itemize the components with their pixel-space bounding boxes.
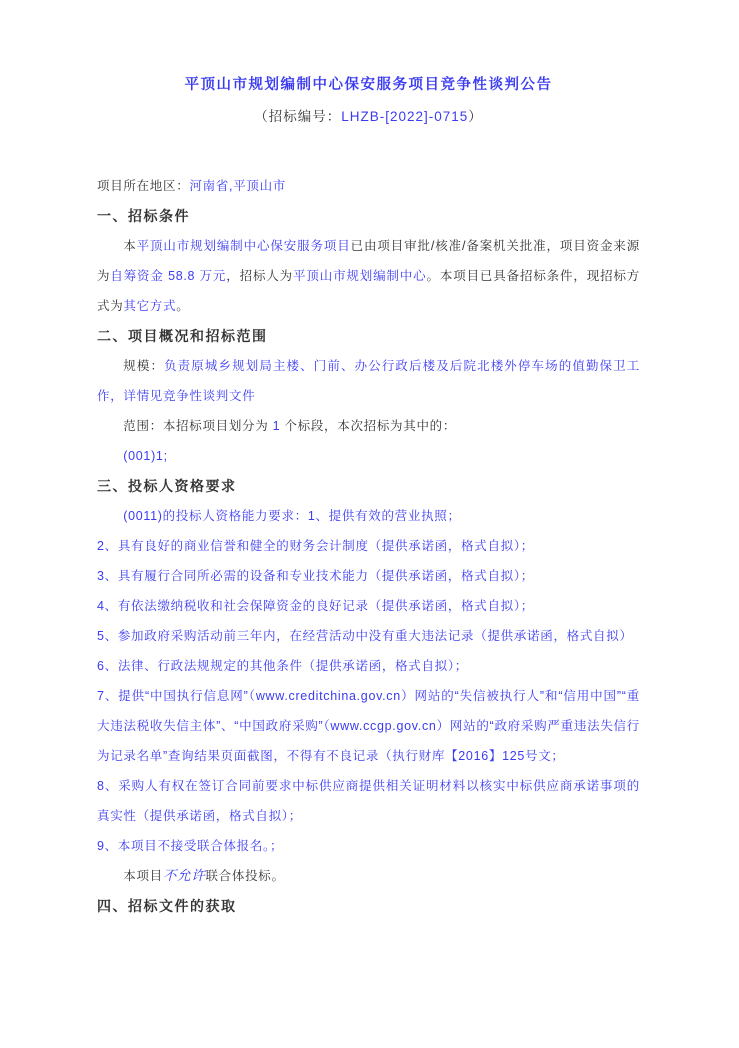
- text-run: 个标段，本次招标为其中的：: [280, 419, 456, 433]
- text-run: 联合体投标。: [205, 869, 284, 883]
- document-page: 平顶山市规划编制中心保安服务项目竞争性谈判公告 （招标编号：LHZB-[2022…: [0, 0, 739, 1048]
- text-run: 本项目: [123, 869, 163, 883]
- paragraph: 6、法律、行政法规规定的其他条件（提供承诺函，格式自拟）；: [97, 651, 640, 681]
- section-heading: 三、投标人资格要求: [97, 471, 640, 501]
- section-heading: 四、招标文件的获取: [97, 891, 640, 921]
- text-run: （招标编号：: [254, 109, 341, 124]
- paragraph: 4、有依法缴纳税收和社会保障资金的良好记录（提供承诺函，格式自拟）；: [97, 591, 640, 621]
- text-run: 6、法律、行政法规规定的其他条件（提供承诺函，格式自拟）；: [97, 659, 468, 673]
- doc-subtitle: （招标编号：LHZB-[2022]-0715）: [97, 107, 640, 127]
- text-run: 2、具有良好的商业信誉和健全的财务会计制度（提供承诺函，格式自拟）；: [97, 539, 534, 553]
- text-run: ）: [468, 109, 483, 124]
- text-run: 5、参加政府采购活动前三年内，在经营活动中没有重大违法记录（提供承诺函，格式自拟…: [97, 629, 633, 643]
- paragraph: 规模：负责原城乡规划局主楼、门前、办公行政后楼及后院北楼外停车场的值勤保卫工作，…: [97, 351, 640, 411]
- text-run: 本: [123, 239, 136, 253]
- text-run: 平顶山市规划编制中心: [293, 269, 427, 283]
- text-run: LHZB-[2022]-0715: [341, 109, 468, 124]
- text-run: 7、提供“中国执行信息网”（www.creditchina.gov.cn）网站的…: [97, 689, 640, 763]
- paragraph: 范围：本招标项目划分为 1 个标段，本次招标为其中的：: [97, 411, 640, 441]
- paragraph: 5、参加政府采购活动前三年内，在经营活动中没有重大违法记录（提供承诺函，格式自拟…: [97, 621, 640, 651]
- paragraph: 项目所在地区：河南省,平顶山市: [97, 171, 640, 201]
- paragraph: 3、具有履行合同所必需的设备和专业技术能力（提供承诺函，格式自拟）；: [97, 561, 640, 591]
- paragraph: (001)1;: [97, 441, 640, 471]
- section-heading: 二、项目概况和招标范围: [97, 321, 640, 351]
- text-run: 。: [176, 299, 189, 313]
- text-run: 项目所在地区：: [97, 179, 189, 193]
- text-run: 四、招标文件的获取: [97, 898, 237, 914]
- text-run: 不允许: [163, 868, 206, 883]
- paragraph: 9、本项目不接受联合体报名。；: [97, 831, 640, 861]
- paragraph: 7、提供“中国执行信息网”（www.creditchina.gov.cn）网站的…: [97, 681, 640, 771]
- text-run: (0011)的投标人资格能力要求：1、提供有效的营业执照；: [123, 509, 460, 523]
- document-content: 平顶山市规划编制中心保安服务项目竞争性谈判公告 （招标编号：LHZB-[2022…: [0, 0, 739, 921]
- text-run: 三、投标人资格要求: [97, 478, 237, 494]
- text-run: 9、本项目不接受联合体报名。；: [97, 839, 283, 853]
- text-run: 范围：本招标项目划分为: [123, 419, 272, 433]
- text-run: 一、招标条件: [97, 208, 190, 224]
- section-heading: 一、招标条件: [97, 201, 640, 231]
- text-run: 3、具有履行合同所必需的设备和专业技术能力（提供承诺函，格式自拟）；: [97, 569, 534, 583]
- document-blocks: 项目所在地区：河南省,平顶山市一、招标条件本平顶山市规划编制中心保安服务项目已由…: [97, 171, 640, 921]
- paragraph: 本平顶山市规划编制中心保安服务项目已由项目审批/核准/备案机关批准，项目资金来源…: [97, 231, 640, 321]
- text-run: 二、项目概况和招标范围: [97, 328, 268, 344]
- paragraph: 8、采购人有权在签订合同前要求中标供应商提供相关证明材料以核实中标供应商承诺事项…: [97, 771, 640, 831]
- text-run: ，招标人为: [226, 269, 293, 283]
- text-run: 规模：: [123, 359, 164, 373]
- text-run: 8、采购人有权在签订合同前要求中标供应商提供相关证明材料以核实中标供应商承诺事项…: [97, 779, 640, 823]
- paragraph: 本项目不允许联合体投标。: [97, 861, 640, 891]
- doc-title: 平顶山市规划编制中心保安服务项目竞争性谈判公告: [97, 74, 640, 96]
- text-run: 河南省,平顶山市: [189, 179, 286, 193]
- text-run: 其它方式: [123, 299, 176, 313]
- text-run: 平顶山市规划编制中心保安服务项目: [137, 239, 351, 253]
- text-run: (001)1;: [123, 449, 168, 463]
- paragraph: 2、具有良好的商业信誉和健全的财务会计制度（提供承诺函，格式自拟）；: [97, 531, 640, 561]
- text-run: 负责原城乡规划局主楼、门前、办公行政后楼及后院北楼外停车场的值勤保卫工作，详情见…: [97, 359, 640, 403]
- paragraph: (0011)的投标人资格能力要求：1、提供有效的营业执照；: [97, 501, 640, 531]
- text-run: 4、有依法缴纳税收和社会保障资金的良好记录（提供承诺函，格式自拟）；: [97, 599, 534, 613]
- text-run: 自筹资金 58.8 万元: [110, 269, 226, 283]
